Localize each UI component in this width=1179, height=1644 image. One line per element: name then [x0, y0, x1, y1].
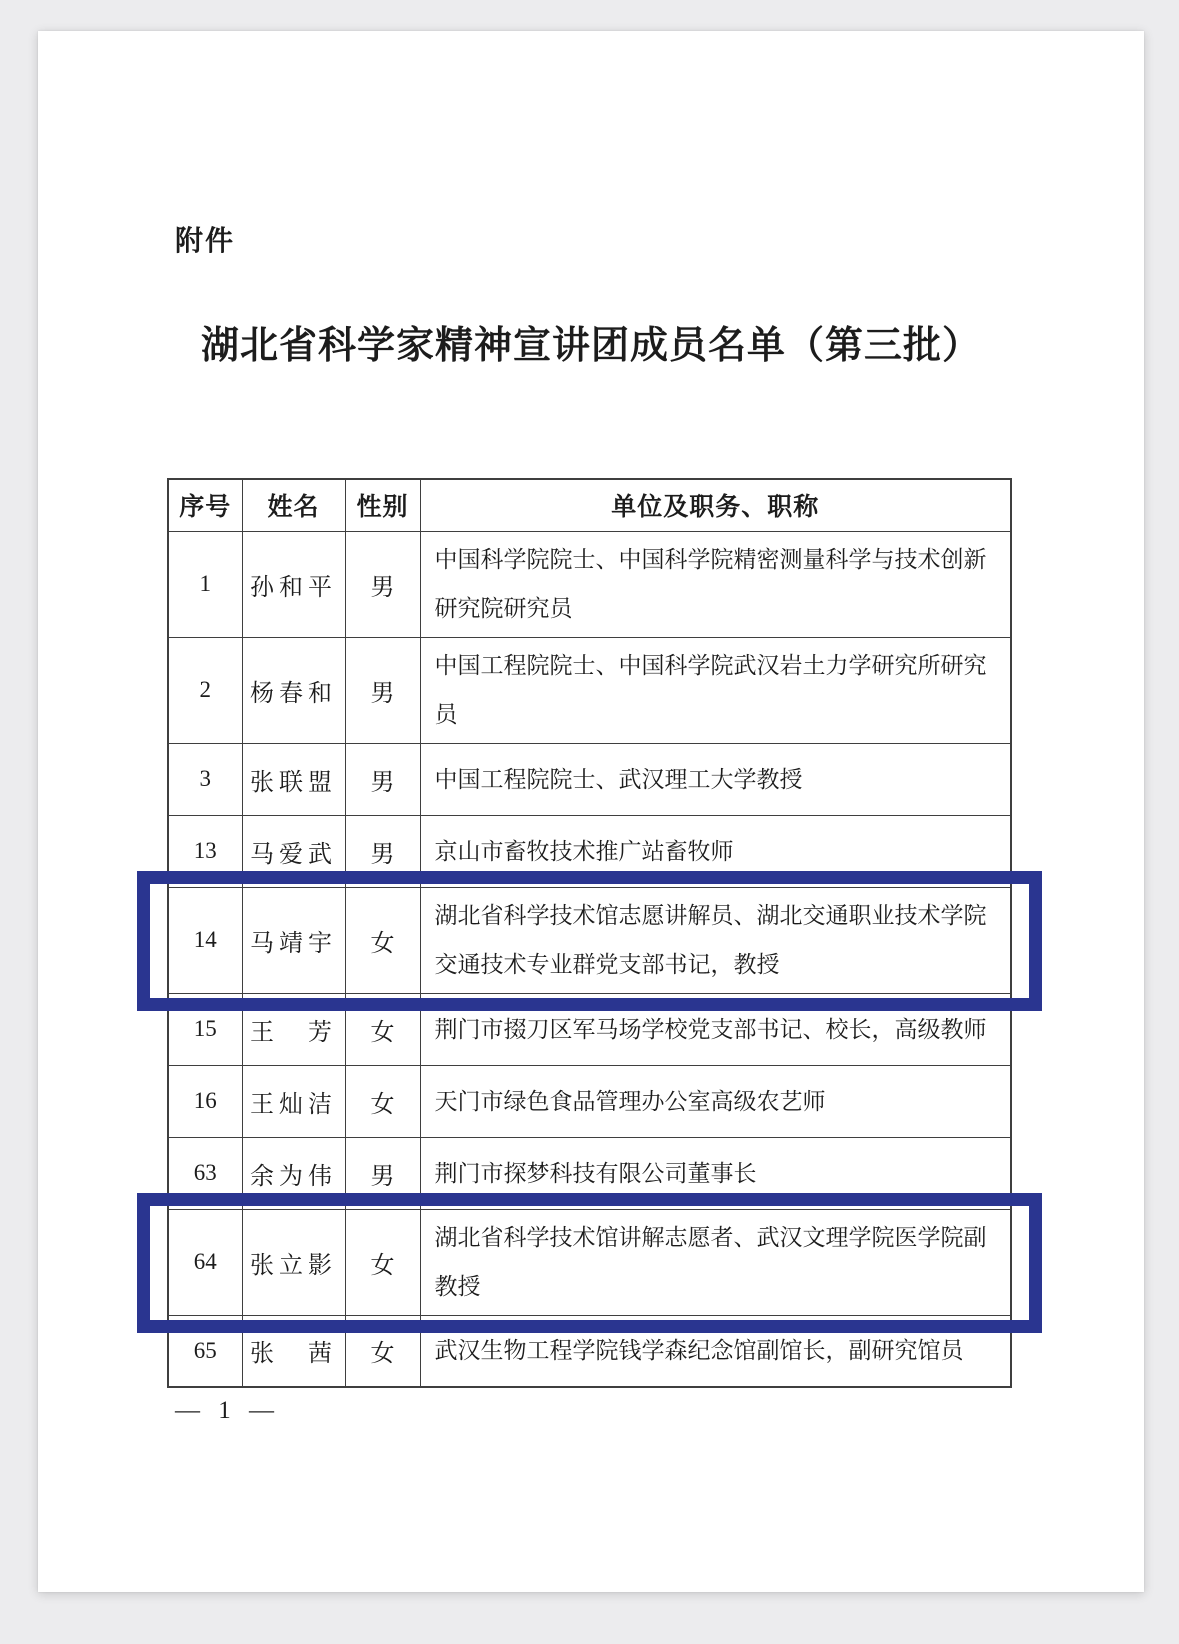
cell-position: 中国科学院院士、中国科学院精密测量科学与技术创新研究院研究员 — [420, 531, 1011, 637]
cell-position: 湖北省科学技术馆讲解志愿者、武汉文理学院医学院副教授 — [420, 1209, 1011, 1315]
cell-gender: 女 — [345, 993, 420, 1065]
table-row: 16王灿洁女天门市绿色食品管理办公室高级农艺师 — [168, 1065, 1011, 1137]
cell-serial: 14 — [168, 887, 242, 993]
table-row: 2杨春和男中国工程院院士、中国科学院武汉岩土力学研究所研究员 — [168, 637, 1011, 743]
cell-gender: 女 — [345, 887, 420, 993]
cell-position: 京山市畜牧技术推广站畜牧师 — [420, 815, 1011, 887]
cell-gender: 女 — [345, 1065, 420, 1137]
cell-name: 余为伟 — [242, 1137, 345, 1209]
cell-name: 张 茜 — [242, 1315, 345, 1387]
table-row: 64张立影女湖北省科学技术馆讲解志愿者、武汉文理学院医学院副教授 — [168, 1209, 1011, 1315]
member-table-body: 1孙和平男中国科学院院士、中国科学院精密测量科学与技术创新研究院研究员2杨春和男… — [168, 531, 1011, 1387]
cell-serial: 15 — [168, 993, 242, 1065]
header-serial: 序号 — [168, 479, 242, 531]
table-row: 15王 芳女荆门市掇刀区军马场学校党支部书记、校长，高级教师 — [168, 993, 1011, 1065]
cell-name: 杨春和 — [242, 637, 345, 743]
cell-position: 中国工程院院士、武汉理工大学教授 — [420, 743, 1011, 815]
table-row: 63余为伟男荆门市探梦科技有限公司董事长 — [168, 1137, 1011, 1209]
cell-serial: 1 — [168, 531, 242, 637]
cell-name: 王灿洁 — [242, 1065, 345, 1137]
page-title: 湖北省科学家精神宣讲团成员名单（第三批） — [38, 314, 1144, 369]
cell-name: 马爱武 — [242, 815, 345, 887]
member-table: 序号 姓名 性别 单位及职务、职称 1孙和平男中国科学院院士、中国科学院精密测量… — [167, 478, 1012, 1388]
cell-serial: 13 — [168, 815, 242, 887]
cell-name: 孙和平 — [242, 531, 345, 637]
cell-serial: 3 — [168, 743, 242, 815]
header-name: 姓名 — [242, 479, 345, 531]
table-row: 13马爱武男京山市畜牧技术推广站畜牧师 — [168, 815, 1011, 887]
cell-serial: 64 — [168, 1209, 242, 1315]
cell-position: 中国工程院院士、中国科学院武汉岩土力学研究所研究员 — [420, 637, 1011, 743]
cell-position: 荆门市探梦科技有限公司董事长 — [420, 1137, 1011, 1209]
cell-gender: 女 — [345, 1209, 420, 1315]
header-gender: 性别 — [345, 479, 420, 531]
cell-gender: 男 — [345, 531, 420, 637]
header-position: 单位及职务、职称 — [420, 479, 1011, 531]
cell-serial: 63 — [168, 1137, 242, 1209]
page-number: — 1 — — [175, 1397, 280, 1425]
cell-position: 荆门市掇刀区军马场学校党支部书记、校长，高级教师 — [420, 993, 1011, 1065]
cell-position: 武汉生物工程学院钱学森纪念馆副馆长，副研究馆员 — [420, 1315, 1011, 1387]
cell-serial: 16 — [168, 1065, 242, 1137]
table-row: 3张联盟男中国工程院院士、武汉理工大学教授 — [168, 743, 1011, 815]
cell-position: 湖北省科学技术馆志愿讲解员、湖北交通职业技术学院交通技术专业群党支部书记，教授 — [420, 887, 1011, 993]
table-row: 65张 茜女武汉生物工程学院钱学森纪念馆副馆长，副研究馆员 — [168, 1315, 1011, 1387]
document-page: 附件 湖北省科学家精神宣讲团成员名单（第三批） 序号 姓名 性别 单位及职务、职… — [38, 31, 1144, 1592]
cell-name: 王 芳 — [242, 993, 345, 1065]
cell-name: 张立影 — [242, 1209, 345, 1315]
cell-serial: 2 — [168, 637, 242, 743]
cell-gender: 女 — [345, 1315, 420, 1387]
table-row: 1孙和平男中国科学院院士、中国科学院精密测量科学与技术创新研究院研究员 — [168, 531, 1011, 637]
cell-gender: 男 — [345, 743, 420, 815]
table-header-row: 序号 姓名 性别 单位及职务、职称 — [168, 479, 1011, 531]
cell-gender: 男 — [345, 815, 420, 887]
cell-name: 张联盟 — [242, 743, 345, 815]
cell-gender: 男 — [345, 637, 420, 743]
cell-name: 马靖宇 — [242, 887, 345, 993]
cell-gender: 男 — [345, 1137, 420, 1209]
cell-serial: 65 — [168, 1315, 242, 1387]
attachment-label: 附件 — [175, 219, 235, 259]
table-row: 14马靖宇女湖北省科学技术馆志愿讲解员、湖北交通职业技术学院交通技术专业群党支部… — [168, 887, 1011, 993]
cell-position: 天门市绿色食品管理办公室高级农艺师 — [420, 1065, 1011, 1137]
